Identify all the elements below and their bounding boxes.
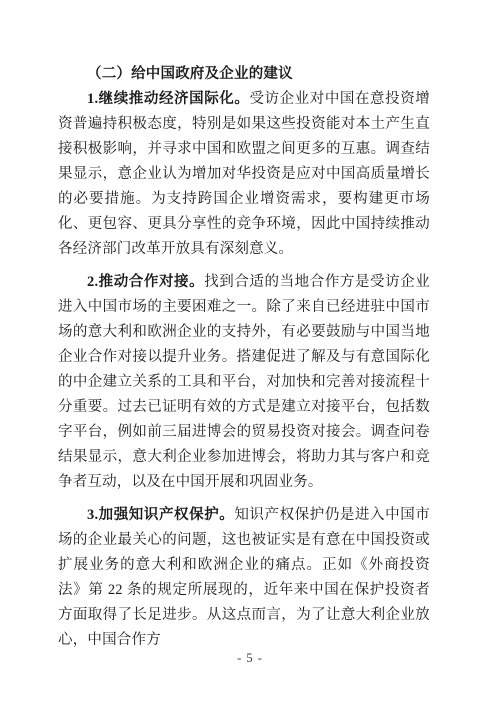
paragraph-3-text: 知识产权保护仍是进入中国市场的企业最关心的问题，这也被证实是有意在中国投资或扩展… [58, 507, 430, 648]
paragraph-2-lead: 2.推动合作对接。 [87, 274, 204, 290]
paragraph-1-lead: 1.继续推动经济国际化。 [87, 91, 249, 107]
paragraph-1: 1.继续推动经济国际化。受访企业对中国在意投资增资普遍持积极态度，特别是如果这些… [58, 87, 430, 262]
paragraph-3: 3.加强知识产权保护。知识产权保护仍是进入中国市场的企业最关心的问题，这也被证实… [58, 503, 430, 653]
document-body: （二）给中国政府及企业的建议 1.继续推动经济国际化。受访企业对中国在意投资增资… [58, 62, 430, 653]
document-page: （二）给中国政府及企业的建议 1.继续推动经济国际化。受访企业对中国在意投资增资… [0, 0, 500, 706]
paragraph-1-text: 受访企业对中国在意投资增资普遍持积极态度，特别是如果这些投资能对本土产生直接积极… [58, 91, 430, 257]
paragraph-3-lead: 3.加强知识产权保护。 [87, 507, 234, 523]
paragraph-2: 2.推动合作对接。找到合适的当地合作方是受访企业进入中国市场的主要困难之一。除了… [58, 270, 430, 495]
section-heading: （二）给中国政府及企业的建议 [58, 62, 430, 87]
paragraph-2-text: 找到合适的当地合作方是受访企业进入中国市场的主要困难之一。除了来自已经进驻中国市… [58, 274, 430, 490]
page-number: - 5 - [0, 651, 500, 666]
